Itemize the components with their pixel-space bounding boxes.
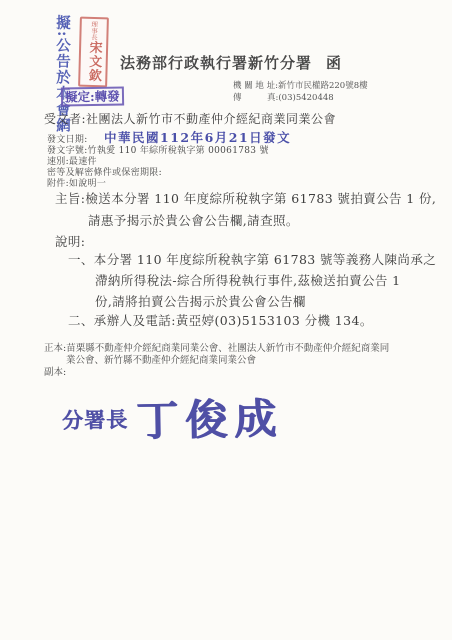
agency-address: 機 關 地 址:新竹市民權路220號8樓 bbox=[233, 79, 368, 91]
chairman-seal-text: 理事長宋文欽 bbox=[85, 21, 103, 83]
approval-stamp: 擬定:轉發 bbox=[61, 86, 124, 106]
description-item1-line1: 一、本分署 110 年度綜所稅執字第 61783 號等義務人陳尚承之 bbox=[68, 250, 436, 268]
agency-name: 法務部行政執行署新竹分署 bbox=[120, 52, 312, 73]
signature-title: 分署長 bbox=[62, 404, 129, 435]
handwritten-note: 擬:公告於本會網 bbox=[52, 15, 73, 147]
description-heading: 說明: bbox=[55, 232, 85, 250]
recipient-line: 受文者:社團法人新竹市不動產仲介經紀商業同業公會 bbox=[44, 110, 336, 127]
subject-line-2: 請惠予揭示於貴公會公告欄,請查照。 bbox=[88, 211, 299, 229]
attachment-line: 附件:如說明一 bbox=[47, 176, 106, 189]
signature-name: 丁俊成 bbox=[135, 386, 283, 449]
seal-title: 理事長 bbox=[90, 21, 99, 41]
description-item2-line1: 二、承辦人及電話:黃亞婷(03)5153103 分機 134。 bbox=[68, 311, 373, 329]
description-item1-line2: 滯納所得稅法-綜合所得稅執行事件,茲檢送拍賣公告 1 bbox=[95, 271, 401, 289]
chairman-seal: 理事長宋文欽 bbox=[78, 17, 109, 88]
seal-name: 宋文欽 bbox=[86, 41, 102, 83]
signature-stamp: 分署長 丁俊成 bbox=[61, 386, 283, 450]
date-stamp: 中華民國112年6月21日發文 bbox=[104, 128, 291, 146]
description-item1-line3: 份,請將拍賣公告揭示於貴公會公告欄 bbox=[95, 292, 306, 310]
scanned-letter-page: 擬:公告於本會網 理事長宋文欽 法務部行政執行署新竹分署 函 機 關 地 址:新… bbox=[0, 0, 452, 640]
carbon-copy-label: 副本: bbox=[44, 364, 66, 378]
letter-header: 法務部行政執行署新竹分署 函 bbox=[120, 52, 342, 73]
original-copies-line-2: 業公會、新竹縣不動產仲介經紀商業同業公會 bbox=[66, 352, 256, 366]
agency-fax: 傳 真:(03)5420448 bbox=[233, 91, 334, 103]
subject-line-1: 主旨:檢送本分署 110 年度綜所稅執字第 61783 號拍賣公告 1 份, bbox=[55, 189, 436, 207]
doc-type: 函 bbox=[326, 52, 342, 73]
